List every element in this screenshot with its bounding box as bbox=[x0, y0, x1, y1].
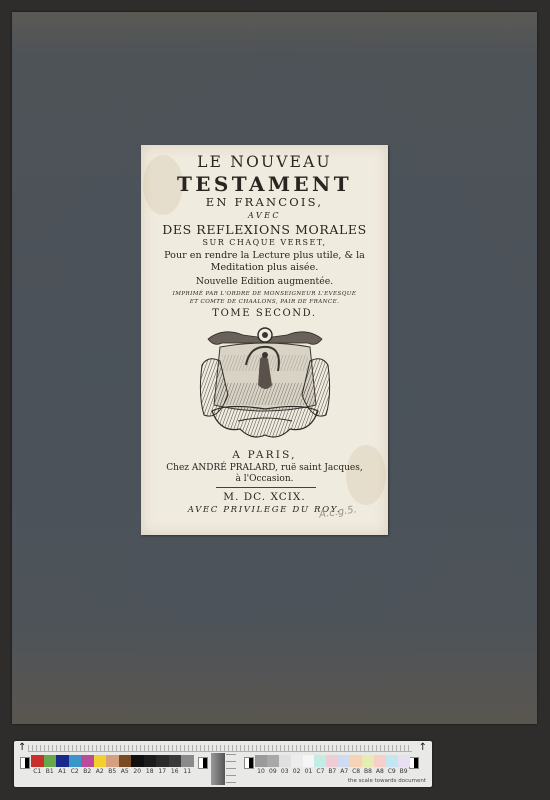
contrast-swatch bbox=[409, 757, 419, 769]
color-calibration-target: ↑ ↑ C1B1A1C2B2A2B5A52018171611 100903020… bbox=[14, 741, 432, 787]
title-line-en-francois: EN FRANCOIS, bbox=[141, 195, 388, 209]
title-line-avec: AVEC bbox=[141, 211, 388, 220]
imprime-line-2: ET COMTE DE CHAALONS, PAIR DE FRANCE. bbox=[141, 299, 388, 305]
imprint-city: A PARIS, bbox=[141, 449, 388, 461]
color-patch-label: B8 bbox=[362, 768, 374, 775]
color-patch bbox=[398, 755, 410, 767]
color-patches-right bbox=[255, 755, 410, 767]
color-patch bbox=[119, 755, 132, 767]
color-patch bbox=[291, 755, 303, 767]
scale-note: the scale towards document bbox=[348, 778, 426, 784]
color-patch-label: B9 bbox=[398, 768, 410, 775]
color-patch-label: B1 bbox=[44, 768, 57, 775]
color-patch-label: C7 bbox=[314, 768, 326, 775]
color-patch bbox=[81, 755, 94, 767]
color-patch-label: 16 bbox=[169, 768, 182, 775]
color-patch-label: C1 bbox=[31, 768, 44, 775]
color-patch bbox=[31, 755, 44, 767]
color-patch-label: 11 bbox=[181, 768, 194, 775]
color-labels-left: C1B1A1C2B2A2B5A52018171611 bbox=[31, 768, 194, 775]
color-patch bbox=[267, 755, 279, 767]
contrast-swatch bbox=[20, 757, 30, 769]
color-patch bbox=[144, 755, 157, 767]
color-patch bbox=[69, 755, 82, 767]
color-patch bbox=[181, 755, 194, 767]
imprint-year: M. DC. XCIX. bbox=[141, 491, 388, 503]
color-patch-label: 09 bbox=[267, 768, 279, 775]
imprint-rule bbox=[216, 487, 316, 488]
color-patch bbox=[56, 755, 69, 767]
volume-label: TOME SECOND. bbox=[141, 308, 388, 319]
color-patch-label: C2 bbox=[69, 768, 82, 775]
color-patch-label: A8 bbox=[374, 768, 386, 775]
contrast-swatch bbox=[244, 757, 254, 769]
measurement-ruler bbox=[28, 745, 412, 752]
color-patch-label: 01 bbox=[303, 768, 315, 775]
imprint-publisher: Chez ANDRÉ PRALARD, ruë saint Jacques, bbox=[141, 463, 388, 473]
imprint-sign: à l'Occasion. bbox=[141, 474, 388, 484]
color-patch bbox=[279, 755, 291, 767]
color-patch bbox=[131, 755, 144, 767]
color-patches-left bbox=[31, 755, 194, 767]
imprime-line-1: IMPRIMÉ PAR L'ORDRE DE MONSEIGNEUR L'EVE… bbox=[141, 291, 388, 297]
title-line-verset: SUR CHAQUE VERSET, bbox=[141, 238, 388, 247]
color-patch bbox=[106, 755, 119, 767]
color-patch-label: 10 bbox=[255, 768, 267, 775]
title-line-meditation: Meditation plus aisée. bbox=[141, 262, 388, 273]
color-patch-label: A2 bbox=[94, 768, 107, 775]
color-patch-label: B7 bbox=[326, 768, 338, 775]
color-patch bbox=[326, 755, 338, 767]
color-patch bbox=[362, 755, 374, 767]
contrast-swatch bbox=[198, 757, 208, 769]
title-line-le-nouveau: LE NOUVEAU bbox=[141, 153, 388, 171]
color-labels-right: 1009030201C7B7A7C8B8A8C9B9 bbox=[255, 768, 410, 775]
color-patch bbox=[386, 755, 398, 767]
color-patch bbox=[169, 755, 182, 767]
color-patch bbox=[156, 755, 169, 767]
color-patch-label: B2 bbox=[81, 768, 94, 775]
color-patch-label: A5 bbox=[119, 768, 132, 775]
color-patch-label: 02 bbox=[291, 768, 303, 775]
arrow-up-icon: ↑ bbox=[419, 742, 427, 753]
color-patch bbox=[314, 755, 326, 767]
color-patch-label: 17 bbox=[156, 768, 169, 775]
color-patch-label: C8 bbox=[350, 768, 362, 775]
title-line-reflexions: DES REFLEXIONS MORALES bbox=[141, 222, 388, 237]
color-patch bbox=[44, 755, 57, 767]
color-patch bbox=[303, 755, 315, 767]
gray-wedge bbox=[211, 753, 225, 785]
title-line-testament: TESTAMENT bbox=[141, 172, 388, 196]
color-patch-label: 20 bbox=[131, 768, 144, 775]
color-patch-label: 03 bbox=[279, 768, 291, 775]
color-patch-label: B5 bbox=[106, 768, 119, 775]
arrow-up-icon: ↑ bbox=[18, 742, 26, 753]
color-patch bbox=[94, 755, 107, 767]
color-patch-label: A1 bbox=[56, 768, 69, 775]
color-patch-label: C9 bbox=[386, 768, 398, 775]
title-line-lecture: Pour en rendre la Lecture plus utile, & … bbox=[141, 250, 388, 261]
color-patch bbox=[255, 755, 267, 767]
title-page: LE NOUVEAU TESTAMENT EN FRANCOIS, AVEC D… bbox=[141, 145, 388, 535]
color-patch bbox=[350, 755, 362, 767]
fine-text-block bbox=[226, 754, 236, 784]
engraved-vignette-icon bbox=[198, 325, 332, 445]
edition-note: Nouvelle Edition augmentée. bbox=[141, 276, 388, 287]
color-patch-label: 18 bbox=[144, 768, 157, 775]
color-patch bbox=[338, 755, 350, 767]
color-patch-label: A7 bbox=[338, 768, 350, 775]
color-patch bbox=[374, 755, 386, 767]
